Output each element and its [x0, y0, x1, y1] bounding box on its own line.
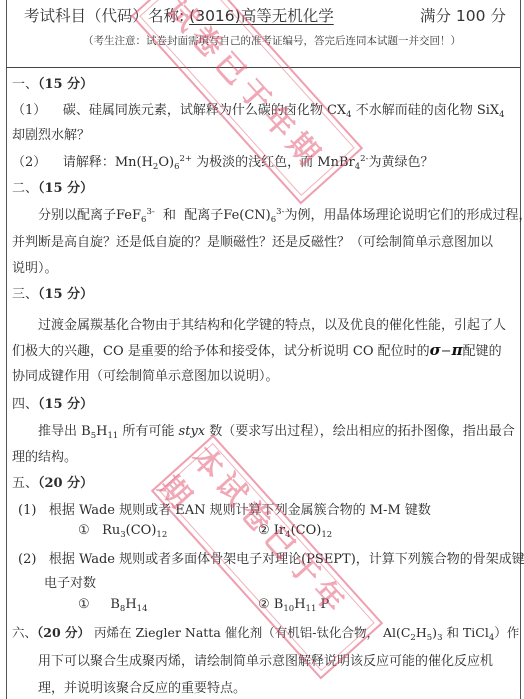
question-1-heading: 一、（15 分）: [12, 73, 93, 92]
formula: Mn(H: [115, 155, 153, 170]
formula: H: [125, 597, 136, 612]
styx-term: styx: [179, 424, 206, 439]
formula: (CO): [291, 523, 322, 538]
part-text: 和 配离子Fe(CN): [155, 208, 271, 223]
pi-symbol: π: [452, 341, 463, 359]
question-5-part-2: (2) 根据 Wade 规则或者多面体骨架电子对理论(PSEPT)，计算下列簇合…: [18, 548, 524, 567]
question-3-line-2: 们极大的兴趣，CO 是重要的给予体和接受体，试分析说明 CO 配位时的σ−π配键…: [12, 340, 502, 359]
section-number: 四、: [12, 397, 38, 412]
formula-sub: 12: [156, 530, 167, 540]
question-5-heading: 五、（20 分）: [12, 472, 93, 491]
part-text: 碳、硅属同族元素，试解释为什么碳的卤化物: [63, 103, 327, 118]
part-text: 和 TiCl: [442, 625, 488, 640]
question-4-heading: 四、（15 分）: [12, 393, 93, 412]
subject-label: 考试科目（代码）名称:: [24, 7, 189, 25]
formula: O): [158, 155, 174, 170]
part-text: ）作: [494, 625, 519, 640]
question-6-line-2: 用下可以聚合生成聚丙烯，请绘制简单示意图解释说明该反应可能的催化反应机: [38, 650, 493, 669]
exam-notice: （考生注意：试卷封面需填写自己的准考证编号，答完后连同本试题一并交回！）: [83, 33, 461, 48]
section-points: （15 分）: [38, 287, 93, 302]
part-text: 配键的: [463, 344, 502, 359]
formula: SiX: [477, 103, 499, 118]
formula-sup: 2+: [180, 154, 193, 164]
formula: H: [294, 597, 305, 612]
question-4-line-2: 理的结构。: [12, 446, 77, 465]
formula-sup: 3-: [146, 207, 154, 217]
sigma-symbol: σ: [430, 341, 441, 359]
question-5-part-1-item-1: ① Ru3(CO)12: [78, 523, 167, 540]
formula: (CO): [126, 523, 157, 538]
question-2-line-2: 并判断是高自旋？还是低自旋的？是顺磁性？还是反磁性？（可绘制简单示意图加以: [12, 231, 493, 250]
subject-code-name: (3016)高等无机化学: [189, 7, 334, 25]
section-points: （15 分）: [38, 77, 93, 92]
question-2-heading: 二、（15 分）: [12, 177, 93, 196]
part-text: 为例，用晶体场理论说明它们的形成过程，: [284, 208, 524, 223]
question-5-part-2-item-1: ① B8H14: [78, 597, 147, 614]
formula: Ru: [102, 523, 120, 538]
formula: B: [110, 597, 120, 612]
formula-sub: 4: [499, 110, 504, 120]
section-number: 五、: [12, 476, 38, 491]
part-text: 根据 Wade 规则或者多面体骨架电子对理论(PSEPT)，计算下列簇合物的骨架…: [49, 552, 524, 567]
formula-sub: 12: [321, 530, 332, 540]
question-2-line-3: 说明）。: [12, 257, 58, 276]
part-text: 为黄绿色？: [368, 155, 433, 170]
question-4-line-1: 推导出 B5H11 所有可能 styx 数（要求写出过程），绘出相应的拓扑图像，…: [12, 420, 515, 441]
part-text: 不水解而硅的卤化物: [352, 103, 477, 118]
part-text: 为极淡的浅红色，而: [192, 155, 317, 170]
formula-sub: 11: [306, 604, 317, 614]
part-text: 分别以配离子FeF: [38, 208, 141, 223]
part-text: 推导出 B: [38, 424, 91, 439]
part-label: (2): [18, 552, 36, 567]
item-number: ①: [78, 523, 90, 538]
formula: B: [274, 597, 284, 612]
question-6-line-1: 六、（20 分） 丙烯在 Ziegler Natta 催化剂（有机铝-钛化合物，…: [12, 623, 519, 643]
item-number: ②: [258, 597, 270, 612]
section-points: （20 分）: [38, 476, 93, 491]
section-number: 六、: [12, 625, 37, 640]
part-text: 根据 Wade 规则或者 EAN 规则计算下列金属簇合物的 M-M 键数: [49, 503, 431, 518]
part-text: 们极大的兴趣，CO 是重要的给予体和接受体，试分析说明 CO 配位时的: [12, 344, 430, 359]
question-1-part-1-cont: 却剧烈水解？: [12, 124, 90, 143]
question-1-part-1: （1） 碳、硅属同族元素，试解释为什么碳的卤化物 CX4 不水解而硅的卤化物 S…: [12, 99, 505, 120]
part-text: 数（要求写出过程），绘出相应的拓扑图像，指出最合: [205, 424, 515, 439]
section-number: 二、: [12, 181, 38, 196]
section-points: （20 分）: [37, 625, 90, 640]
formula: CX: [327, 103, 346, 118]
part-label: （1）: [12, 103, 46, 118]
part-text: 所有可能: [118, 424, 178, 439]
section-points: （15 分）: [38, 397, 93, 412]
question-5-part-2-item-2: ② B10H11 P: [258, 597, 329, 614]
question-5-part-1: (1) 根据 Wade 规则或者 EAN 规则计算下列金属簇合物的 M-M 键数: [18, 499, 431, 518]
section-points: （15 分）: [38, 181, 93, 196]
formula: H: [96, 424, 107, 439]
question-6-line-3: 理，并说明该聚合反应的重要特点。: [38, 677, 246, 696]
question-2-line-1: 分别以配离子FeF63- 和 配离子Fe(CN)63-为例，用晶体场理论说明它们…: [12, 204, 524, 225]
section-number: 三、: [12, 287, 38, 302]
full-score: 满分 100 分: [420, 4, 506, 26]
formula-sub: 11: [107, 431, 118, 441]
item-number: ②: [258, 523, 270, 538]
item-number: ①: [78, 597, 90, 612]
formula: P: [316, 597, 329, 612]
question-3-heading: 三、（15 分）: [12, 283, 93, 302]
question-5-part-2-cont: 电子对数: [44, 572, 96, 591]
question-5-part-1-item-2: ② Ir4(CO)12: [258, 523, 332, 540]
question-3-line-3: 协同成键作用（可绘制简单示意图加以说明）。: [12, 365, 279, 384]
exam-subject-title: 考试科目（代码）名称: (3016)高等无机化学: [24, 4, 334, 26]
question-3-line-1: 过渡金属羰基化合物由于其结构和化学键的特点，以及优良的催化性能，引起了人: [12, 314, 506, 333]
formula-sub: 14: [137, 604, 148, 614]
part-text: 请解释：: [63, 155, 115, 170]
formula: MnBr: [317, 155, 354, 170]
formula: Ir: [274, 523, 285, 538]
header-divider: [6, 67, 520, 68]
part-text: 丙烯在 Ziegler Natta 催化剂（有机铝-钛化合物， Al(C: [90, 625, 410, 640]
dash: −: [441, 344, 452, 359]
question-1-part-2: （2） 请解释：Mn(H2O)62+ 为极淡的浅红色，而 MnBr42-为黄绿色…: [12, 151, 433, 172]
part-label: （2）: [12, 155, 46, 170]
part-label: (1): [18, 503, 36, 518]
section-number: 一、: [12, 77, 38, 92]
formula-sub: 10: [283, 604, 294, 614]
formula: H: [416, 625, 427, 640]
